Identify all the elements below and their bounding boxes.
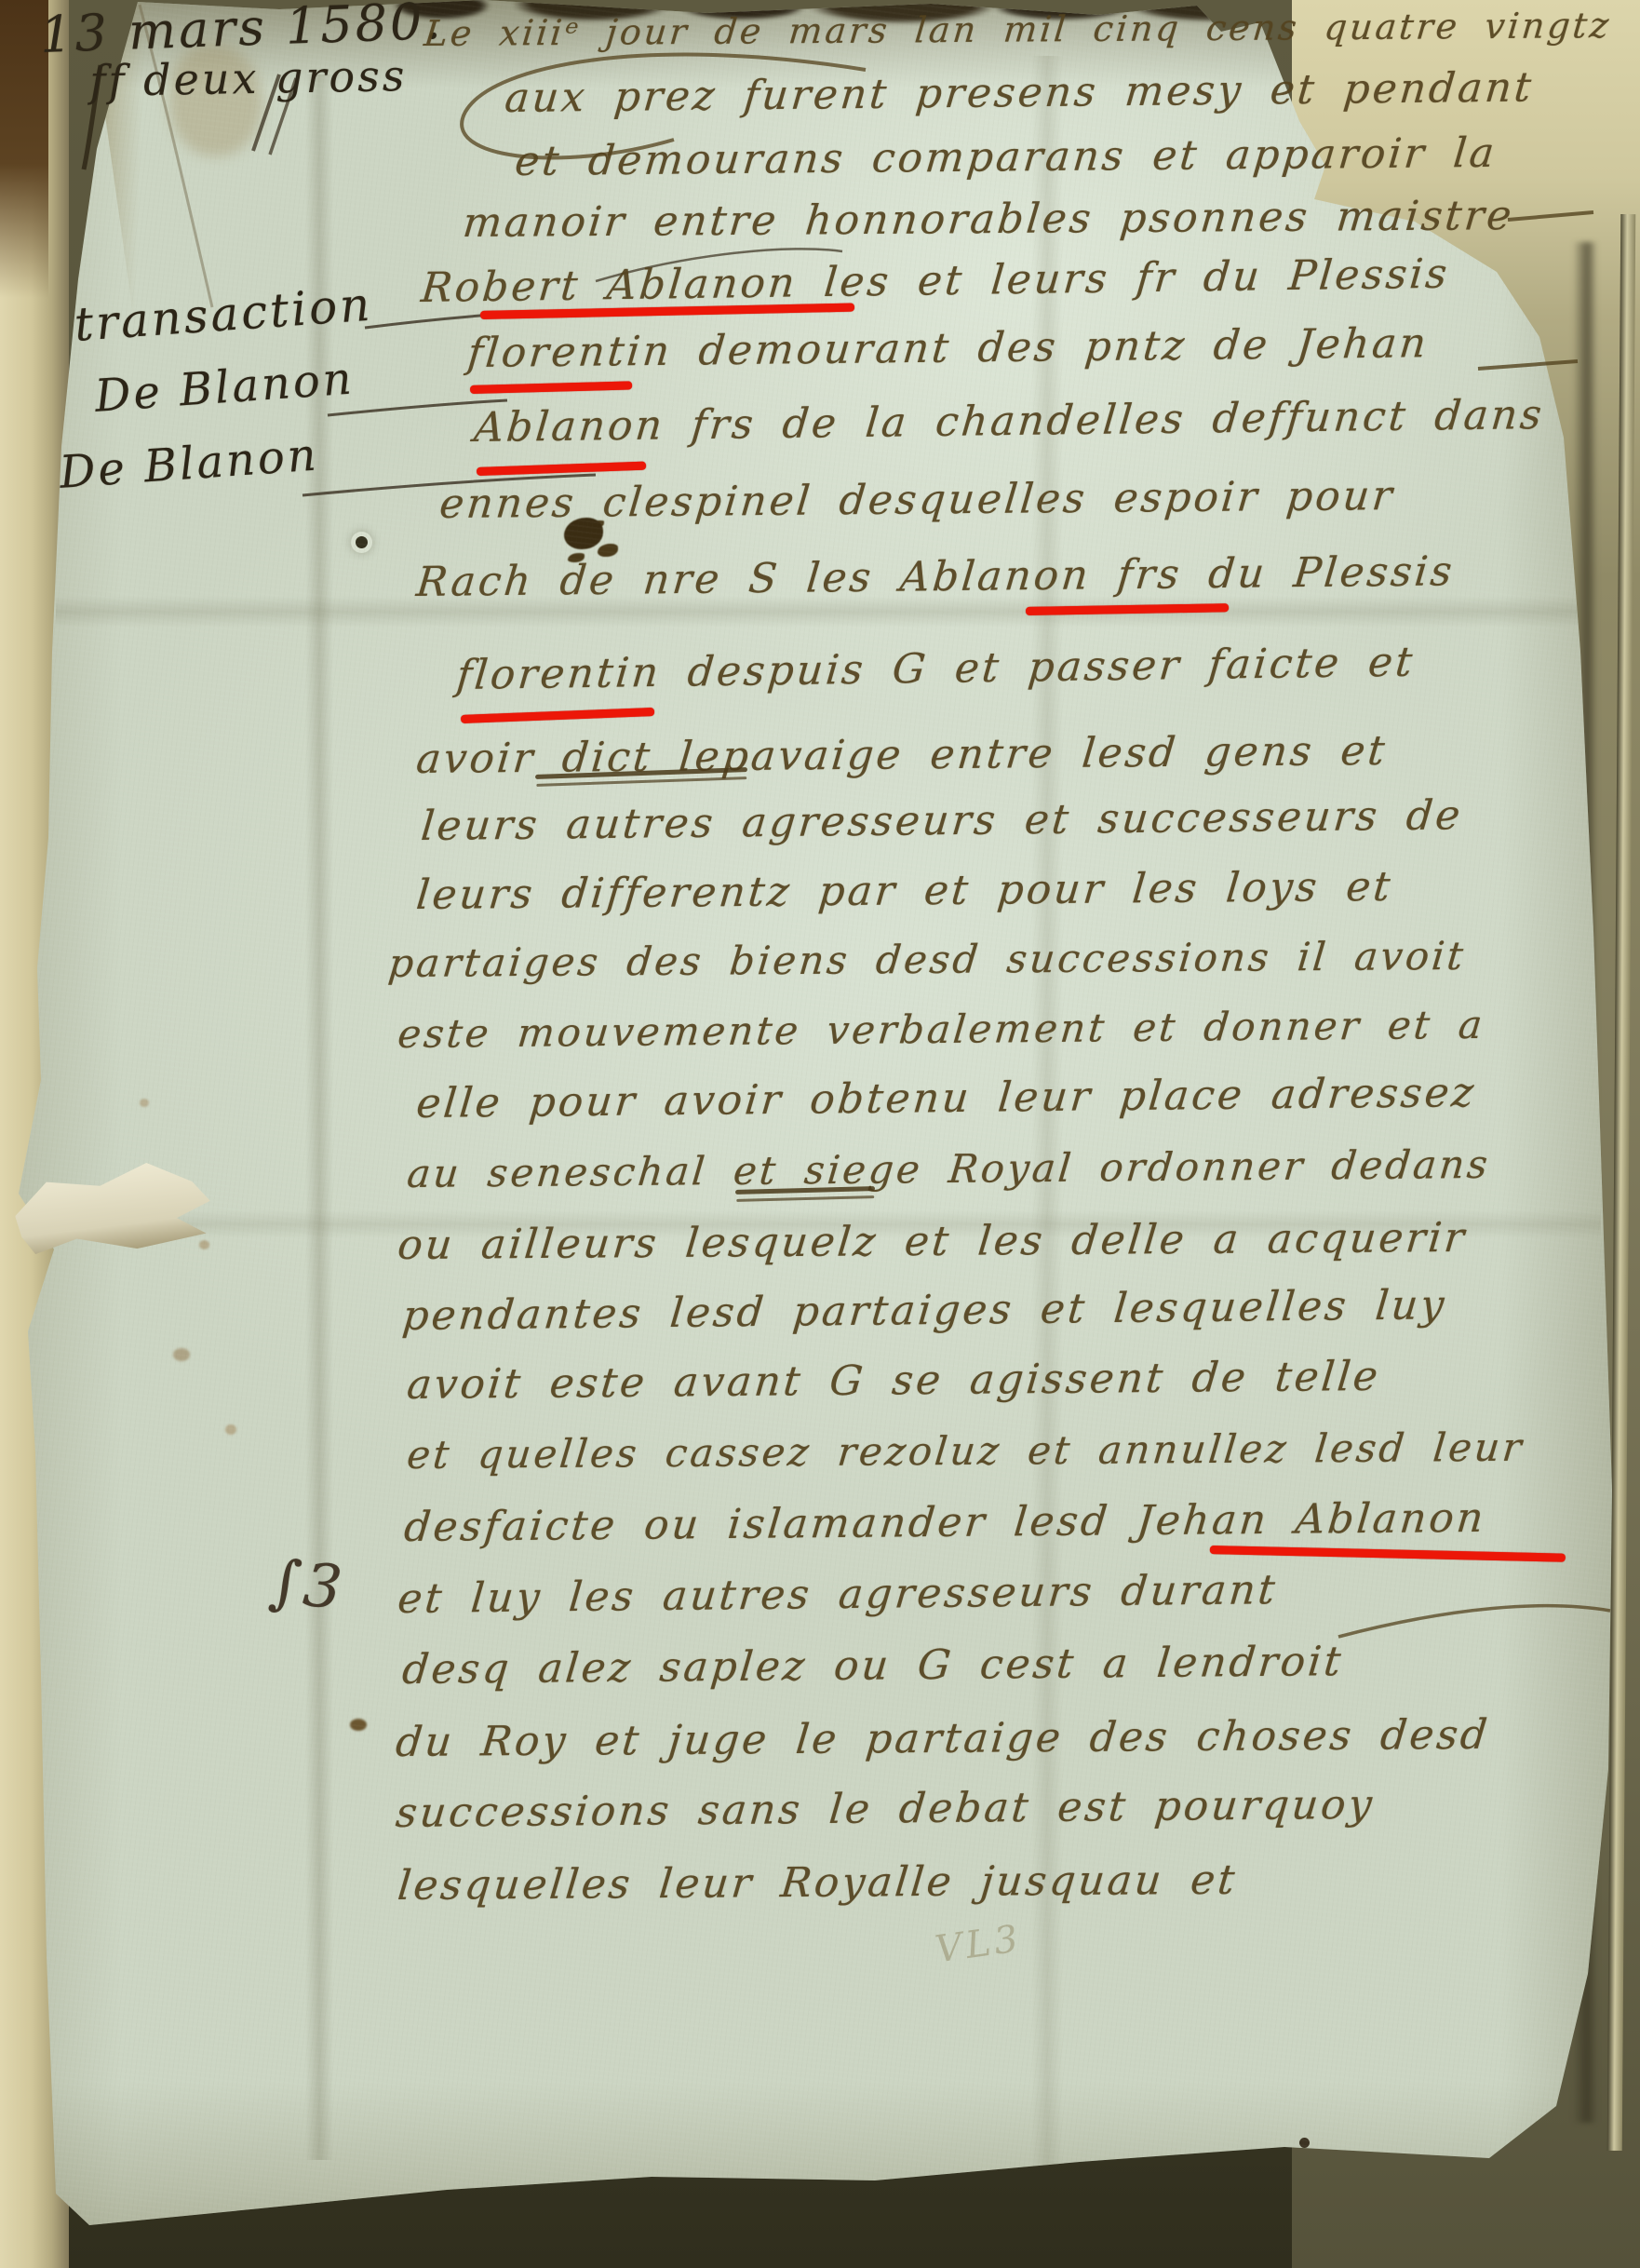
registration-note: ff deux gross bbox=[89, 50, 408, 106]
foxing-spot bbox=[199, 1240, 209, 1249]
manuscript-photo: 13 mars 1580. ff deux gross transaction … bbox=[0, 0, 1640, 2268]
foxing-spot bbox=[140, 1099, 149, 1107]
manuscript-line: au seneschal et siege Royal ordonner ded… bbox=[405, 1141, 1492, 1196]
manuscript-line: lesquelles leur Royalle jusquau et bbox=[396, 1856, 1240, 1910]
manuscript-line: et luy les autres agresseurs durant bbox=[396, 1566, 1280, 1623]
manuscript-line: desq alez saplez ou G cest a lendroit bbox=[400, 1638, 1346, 1694]
foxing-spot bbox=[225, 1424, 236, 1435]
manuscript-line: manoir entre honnorables psonnes maistre bbox=[461, 192, 1516, 247]
foxing-spot bbox=[173, 1348, 190, 1361]
manuscript-line: du Roy et juge le partaige des choses de… bbox=[394, 1711, 1492, 1766]
folio-mark: ∫3 bbox=[266, 1547, 347, 1624]
manuscript-line: et quelles cassez rezoluz et annullez le… bbox=[405, 1424, 1526, 1478]
manuscript-line: ennes clespinel desquelles espoir pour bbox=[437, 472, 1397, 528]
ink-speck bbox=[350, 1719, 367, 1731]
manuscript-line: et demourans comparans et apparoir la bbox=[513, 129, 1499, 185]
manuscript-line: florentin demourant des pntz de Jehan bbox=[465, 319, 1431, 377]
pinhole bbox=[356, 536, 368, 548]
manuscript-line: ou ailleurs lesquelz et les delle a acqu… bbox=[396, 1214, 1469, 1269]
manuscript-line: desfaicte ou islamander lesd Jehan Ablan… bbox=[402, 1494, 1488, 1551]
manuscript-line: este mouvemente verbalement et donner et… bbox=[396, 1002, 1486, 1057]
manuscript-line: Le xiiiᵉ jour de mars lan mil cinq cens … bbox=[423, 5, 1614, 54]
manuscript-line: partaiges des biens desd successions il … bbox=[386, 933, 1468, 986]
manuscript-line: leurs differentz par et pour les loys et bbox=[414, 863, 1395, 919]
dark-fleck bbox=[1299, 2138, 1310, 2148]
manuscript-line: successions sans le debat est pourquoy bbox=[394, 1781, 1377, 1837]
manuscript-line: avoit este avant G se agissent de telle bbox=[405, 1353, 1382, 1409]
